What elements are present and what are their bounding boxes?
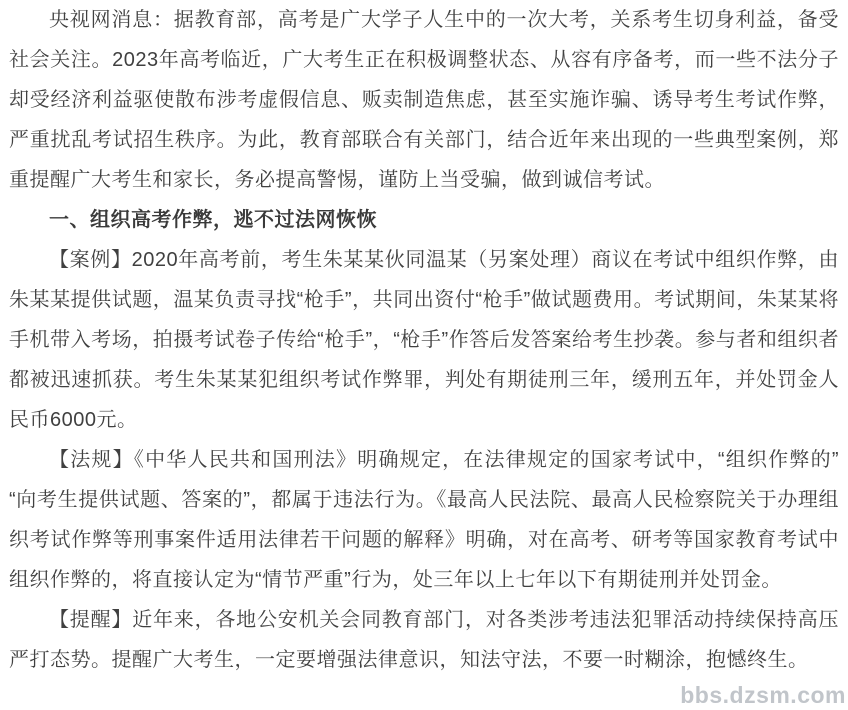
paragraph-law: 【法规】《中华人民共和国刑法》明确规定，在法律规定的国家考试中，“组织作弊的” … [9,440,839,600]
paragraph-reminder: 【提醒】近年来，各地公安机关会同教育部门，对各类涉考违法犯罪活动持续保持高压严打… [9,600,839,680]
site-watermark: bbs.dzsm.com [680,682,846,708]
news-article: 央视网消息：据教育部，高考是广大学子人生中的一次大考，关系考生切身利益，备受社会… [0,0,848,680]
paragraph-intro: 央视网消息：据教育部，高考是广大学子人生中的一次大考，关系考生切身利益，备受社会… [9,0,839,200]
section1-heading: 一、组织高考作弊，逃不过法网恢恢 [9,200,839,240]
paragraph-case: 【案例】2020年高考前，考生朱某某伙同温某（另案处理）商议在考试中组织作弊，由… [9,240,839,440]
